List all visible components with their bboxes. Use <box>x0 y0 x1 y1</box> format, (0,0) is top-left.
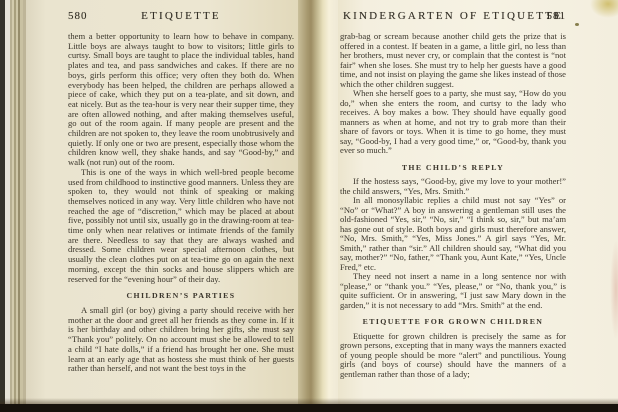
paragraph: Etiquette for grown children is precisel… <box>340 332 566 380</box>
left-running-head-title: ETIQUETTE <box>141 10 221 22</box>
paragraph: When she herself goes to a party, she mu… <box>340 89 566 156</box>
paper-stain <box>590 0 618 18</box>
paragraph: them a better opportunity to learn how t… <box>68 32 294 168</box>
right-page: KINDERGARTEN OF ETIQUETTE 581 grab-bag o… <box>338 0 618 404</box>
right-running-head-title: KINDERGARTEN OF ETIQUETTE <box>343 10 563 22</box>
book-bottom-edge <box>0 404 618 412</box>
book-scan: 580 ETIQUETTE them a better opportunity … <box>0 0 618 412</box>
paragraph: They need not insert a name in a long se… <box>340 272 566 310</box>
left-page-number: 580 <box>68 10 88 22</box>
paragraph: In all monosyllabic replies a child must… <box>340 196 566 272</box>
section-heading: THE CHILD’S REPLY <box>340 163 566 173</box>
left-page-body: them a better opportunity to learn how t… <box>68 32 294 374</box>
right-page-content: KINDERGARTEN OF ETIQUETTE 581 grab-bag o… <box>340 10 566 379</box>
paragraph: A small girl (or boy) giving a party sho… <box>68 306 294 374</box>
paragraph: This is one of the ways in which well-br… <box>68 168 294 284</box>
right-page-number: 581 <box>547 10 567 22</box>
right-running-head: KINDERGARTEN OF ETIQUETTE 581 <box>340 10 566 26</box>
paragraph: If the hostess says, “Good-by, give my l… <box>340 177 566 196</box>
section-heading: ETIQUETTE FOR GROWN CHILDREN <box>340 317 566 327</box>
book-gutter <box>298 0 338 404</box>
paper-smudge <box>610 240 618 340</box>
right-page-body: grab-bag or scream because another child… <box>340 32 566 379</box>
left-page: 580 ETIQUETTE them a better opportunity … <box>26 0 298 404</box>
section-heading: CHILDREN’S PARTIES <box>68 291 294 301</box>
left-running-head: 580 ETIQUETTE <box>68 10 294 26</box>
ink-speck <box>575 23 579 26</box>
left-page-content: 580 ETIQUETTE them a better opportunity … <box>68 10 294 374</box>
paragraph: grab-bag or scream because another child… <box>340 32 566 89</box>
